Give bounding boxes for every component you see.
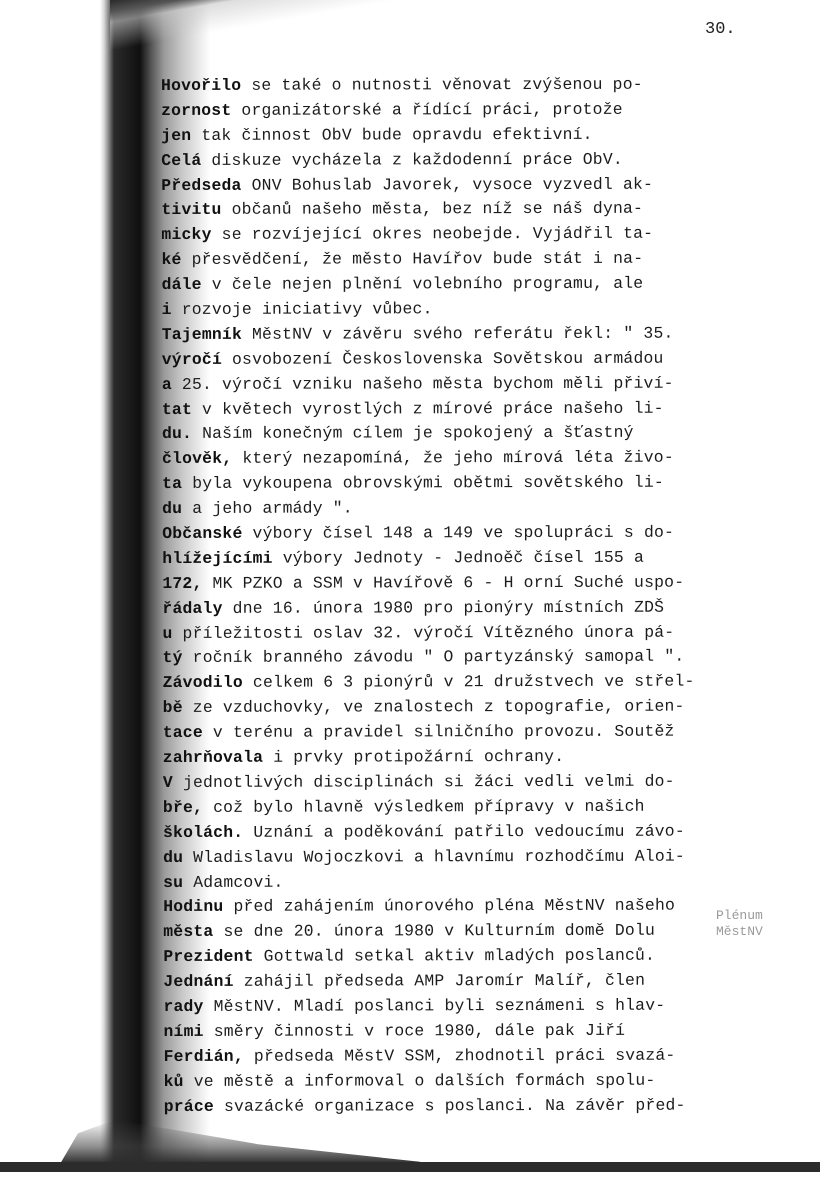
text-line: Prezident Gottwald setkal aktiv mladých … — [163, 944, 723, 970]
line-lead-word: jen — [161, 126, 191, 145]
text-line: du Wladislavu Wojoczkovi a hlavnímu rozh… — [163, 844, 723, 870]
line-lead-word: Hodinu — [163, 897, 223, 916]
line-rest: se rozvíjející okres neobejde. Vyjádřil … — [212, 224, 654, 244]
line-lead-word: člověk, — [162, 449, 232, 468]
text-line: i rozvoje iniciativy vůbec. — [162, 297, 722, 323]
line-lead-word: micky — [161, 225, 211, 244]
line-rest: přesvědčení, že město Havířov bude stát … — [182, 249, 644, 269]
line-rest: osvobození Československa Sovětskou armá… — [222, 348, 664, 368]
line-lead-word: du. — [162, 424, 192, 443]
line-lead-word: hlížejícími — [162, 549, 272, 568]
line-lead-word: ků — [164, 1072, 184, 1091]
text-line: 172, MK PZKO a SSM v Havířově 6 - H orní… — [162, 570, 722, 596]
text-line: Občanské výbory čísel 148 a 149 ve spolu… — [162, 521, 722, 547]
line-rest: 25. výročí vzniku našeho města bychom mě… — [172, 373, 674, 393]
line-lead-word: bě — [163, 698, 183, 717]
line-rest: tak činnost ObV bude opravdu efektivní. — [191, 125, 593, 145]
line-lead-word: školách. — [163, 823, 243, 842]
line-lead-word: ními — [163, 1022, 203, 1041]
text-line: ta byla vykoupena obrovskými obětmi sově… — [162, 471, 722, 497]
text-line: bě ze vzduchovky, ve znalostech z topogr… — [163, 695, 723, 721]
text-line: a 25. výročí vzniku našeho města bychom … — [162, 371, 722, 397]
line-rest: výbory čísel 148 a 149 ve spolupráci s d… — [242, 523, 674, 543]
line-rest: v květech vyrostlých z mírové práce naše… — [192, 398, 664, 418]
line-rest: před zahájením únorového pléna MěstNV na… — [223, 896, 675, 916]
text-line: u příležitosti oslav 32. výročí Vítěznéh… — [162, 620, 722, 646]
line-rest: příležitosti oslav 32. výročí Vítězného … — [172, 622, 674, 642]
line-rest: Naším konečným cílem je spokojený a šťas… — [192, 423, 634, 443]
line-lead-word: du — [163, 848, 183, 867]
line-rest: MK PZKO a SSM v Havířově 6 - H orní Such… — [202, 572, 684, 592]
line-lead-word: výročí — [162, 350, 222, 369]
line-rest: který nezapomíná, že jeho mírová léta ži… — [232, 448, 674, 468]
line-lead-word: ta — [162, 474, 182, 493]
line-lead-word: řádaly — [162, 599, 222, 618]
line-rest: byla vykoupena obrovskými obětmi sovětsk… — [182, 473, 664, 493]
line-rest: předseda MěstV SSM, zhodnotil práci svaz… — [244, 1045, 676, 1065]
line-rest: ročník branného závodu " O partyzánský s… — [183, 647, 685, 667]
line-rest: Adamcovi. — [183, 872, 283, 891]
line-lead-word: práce — [164, 1096, 214, 1115]
text-line: města se dne 20. února 1980 v Kulturním … — [163, 919, 723, 945]
line-lead-word: Předseda — [161, 175, 241, 194]
line-rest: v čele nejen plnění volebního programu, … — [202, 274, 644, 294]
text-line: Ferdián, předseda MěstV SSM, zhodnotil p… — [164, 1043, 724, 1069]
line-lead-word: u — [162, 624, 172, 643]
line-rest: Wladislavu Wojoczkovi a hlavnímu rozhodč… — [183, 846, 685, 866]
text-line: hlížejícími výbory Jednoty - Jednoěč čís… — [162, 545, 722, 571]
text-line: ké přesvědčení, že město Havířov bude st… — [161, 247, 721, 273]
line-lead-word: města — [163, 922, 213, 941]
text-line: micky se rozvíjející okres neobejde. Vyj… — [161, 222, 721, 248]
line-rest: což bylo hlavně výsledkem přípravy v naš… — [203, 797, 645, 817]
text-line: su Adamcovi. — [163, 869, 723, 895]
line-rest: jednotlivých disciplinách si žáci vedli … — [173, 772, 675, 792]
line-rest: směry činnosti v roce 1980, dále pak Jiř… — [204, 1021, 626, 1041]
line-rest: dne 16. února 1980 pro pionýry místních … — [223, 597, 665, 617]
text-line: rady MěstNV. Mladí poslanci byli seznáme… — [163, 993, 723, 1019]
line-rest: a jeho armády ". — [182, 499, 353, 518]
typewritten-body: Hovořilo se také o nutnosti věnovat zvýš… — [161, 73, 724, 1120]
line-rest: diskuze vycházela z každodenní práce ObV… — [201, 149, 623, 169]
text-line: tat v květech vyrostlých z mírové práce … — [162, 396, 722, 422]
line-lead-word: tivitu — [161, 200, 221, 219]
line-rest: Gottwald setkal aktiv mladých poslanců. — [254, 946, 656, 966]
line-lead-word: tat — [162, 399, 192, 418]
page-number: 30. — [705, 20, 736, 39]
line-rest: rozvoje iniciativy vůbec. — [172, 299, 433, 319]
text-line: Závodilo celkem 6 3 pionýrů v 21 družstv… — [163, 670, 723, 696]
line-lead-word: du — [162, 499, 182, 518]
line-lead-word: tý — [163, 648, 183, 667]
text-line: zahrňovala i prvky protipožární ochrany. — [163, 745, 723, 771]
line-lead-word: zahrňovala — [163, 748, 263, 767]
line-rest: ze vzduchovky, ve znalostech z topografi… — [183, 697, 685, 717]
text-line: ními směry činnosti v roce 1980, dále pa… — [163, 1018, 723, 1044]
text-line: práce svazácké organizace s poslanci. Na… — [164, 1093, 724, 1119]
text-line: školách. Uznání a poděkování patřilo ved… — [163, 819, 723, 845]
text-line: Předseda ONV Bohuslab Javorek, vysoce vy… — [161, 172, 721, 198]
text-line: ků ve městě a informoval o dalších formá… — [164, 1068, 724, 1094]
line-rest: ONV Bohuslab Javorek, vysoce vyzvedl ak- — [242, 174, 654, 194]
text-line: výročí osvobození Československa Sovětsk… — [162, 346, 722, 372]
line-lead-word: su — [163, 872, 183, 891]
text-line: jen tak činnost ObV bude opravdu efektiv… — [161, 122, 721, 148]
line-lead-word: Závodilo — [163, 673, 243, 692]
line-lead-word: bře, — [163, 798, 203, 817]
line-lead-word: ké — [161, 250, 181, 269]
line-lead-word: Ferdián, — [164, 1047, 244, 1066]
scan-bottom-edge — [0, 1162, 820, 1172]
text-line: Tajemník MěstNV v závěru svého referátu … — [162, 321, 722, 347]
line-rest: MěstNV. Mladí poslanci byli seznámeni s … — [204, 996, 666, 1016]
line-lead-word: Hovořilo — [161, 76, 241, 95]
line-lead-word: dále — [162, 275, 202, 294]
line-lead-word: tace — [163, 723, 203, 742]
line-lead-word: Tajemník — [162, 325, 242, 344]
line-lead-word: V — [163, 773, 173, 792]
line-rest: výbory Jednoty - Jednoěč čísel 155 a — [273, 548, 644, 568]
text-line: zornost organizátorské a řídící práci, p… — [161, 97, 721, 123]
text-line: dále v čele nejen plnění volebního progr… — [162, 272, 722, 298]
text-line: Hovořilo se také o nutnosti věnovat zvýš… — [161, 73, 721, 99]
line-lead-word: rady — [163, 997, 203, 1016]
text-line: bře, což bylo hlavně výsledkem přípravy … — [163, 794, 723, 820]
scan-bottom-curl — [60, 1120, 420, 1164]
line-lead-word: Občanské — [162, 524, 242, 543]
line-rest: celkem 6 3 pionýrů v 21 družstvech ve st… — [243, 672, 695, 692]
line-rest: se také o nutnosti věnovat zvýšenou po- — [241, 75, 643, 95]
line-lead-word: zornost — [161, 101, 231, 120]
text-line: tace v terénu a pravidel silničního prov… — [163, 720, 723, 746]
line-rest: MěstNV v závěru svého referátu řekl: " 3… — [242, 324, 674, 344]
line-lead-word: Prezident — [163, 947, 253, 966]
line-rest: se dne 20. února 1980 v Kulturním domě D… — [213, 921, 655, 941]
text-line: Jednání zahájil předseda AMP Jaromír Mal… — [163, 969, 723, 995]
line-lead-word: Celá — [161, 151, 201, 170]
text-line: tivitu občanů našeho města, bez níž se n… — [161, 197, 721, 223]
line-rest: organizátorské a řídící práci, protože — [231, 100, 622, 120]
text-line: člověk, který nezapomíná, že jeho mírová… — [162, 446, 722, 472]
scan-top-shadow — [110, 0, 670, 60]
line-rest: občanů našeho města, bez níž se náš dyna… — [222, 199, 644, 219]
text-line: tý ročník branného závodu " O partyzánsk… — [162, 645, 722, 671]
text-line: du a jeho armády ". — [162, 496, 722, 522]
text-line: du. Naším konečným cílem je spokojený a … — [162, 421, 722, 447]
line-rest: zahájil předseda AMP Jaromír Malíř, člen — [234, 971, 646, 991]
line-lead-word: 172, — [162, 574, 202, 593]
line-lead-word: i — [162, 300, 172, 319]
line-lead-word: Jednání — [163, 972, 233, 991]
line-rest: svazácké organizace s poslanci. Na závěr… — [214, 1095, 686, 1115]
text-line: řádaly dne 16. února 1980 pro pionýry mí… — [162, 595, 722, 621]
line-lead-word: a — [162, 375, 172, 394]
line-rest: i prvky protipožární ochrany. — [263, 747, 564, 767]
line-rest: ve městě a informoval o dalších formách … — [184, 1070, 656, 1090]
text-line: Hodinu před zahájením únorového pléna Mě… — [163, 894, 723, 920]
text-line: Celá diskuze vycházela z každodenní prác… — [161, 147, 721, 173]
text-line: V jednotlivých disciplinách si žáci vedl… — [163, 769, 723, 795]
line-rest: v terénu a pravidel silničního provozu. … — [203, 722, 675, 742]
line-rest: Uznání a poděkování patřilo vedoucímu zá… — [243, 821, 685, 841]
